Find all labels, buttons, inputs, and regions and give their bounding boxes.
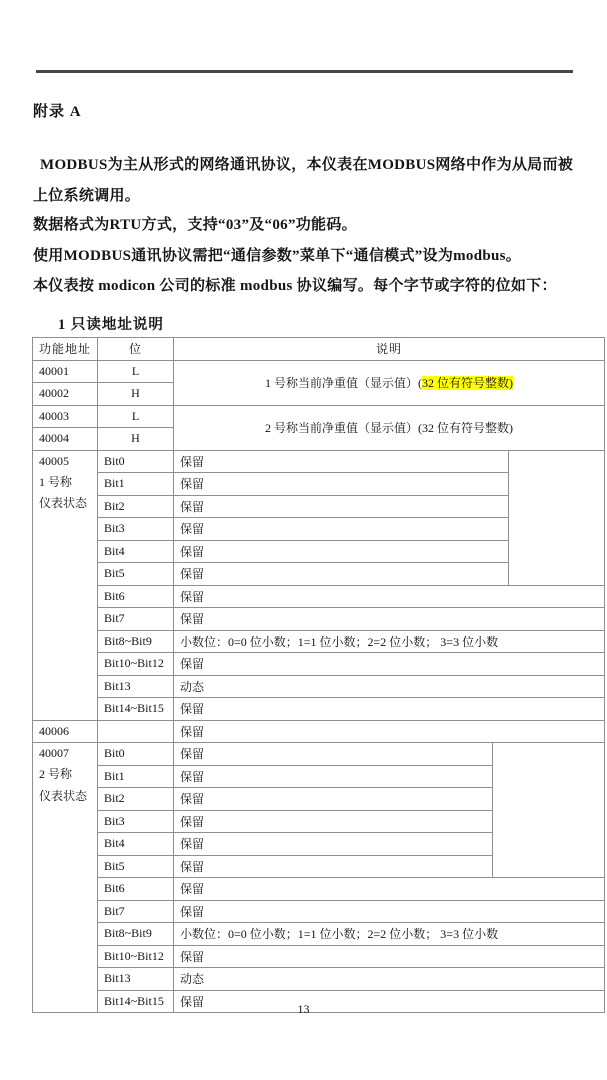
section1-addr-line: 仪表状态 (39, 493, 91, 514)
bit-cell: L (98, 360, 174, 383)
bit-cell: Bit1 (98, 473, 174, 496)
table-row: Bit13 动态 (33, 968, 605, 991)
desc-cell-net1: 1 号称当前净重值（显示值）(32 位有符号整数) (174, 360, 605, 405)
section1-addr-line: 40005 (39, 451, 91, 472)
bit-cell: Bit2 (98, 495, 174, 518)
col-header-addr: 功能地址 (33, 338, 98, 361)
addr-cell: 40003 (33, 405, 98, 428)
table-row: Bit10~Bit12 保留 (33, 945, 605, 968)
highlighted-text: 32 位有符号整数) (422, 376, 513, 390)
bit-cell: Bit4 (98, 833, 174, 856)
table-row: Bit14~Bit15 保留 (33, 698, 605, 721)
desc-cell: 动态 (174, 968, 605, 991)
desc-cell: 保留 (174, 450, 509, 473)
table-row: 40001 L 1 号称当前净重值（显示值）(32 位有符号整数) (33, 360, 605, 383)
table-row: Bit10~Bit12 保留 (33, 653, 605, 676)
desc-cell: 保留 (174, 495, 509, 518)
appendix-title: 附录 A (33, 100, 82, 121)
desc-cell: 保留 (174, 540, 509, 563)
bit-cell: Bit1 (98, 765, 174, 788)
desc-cell: 保留 (174, 810, 493, 833)
modicon-paragraph: 本仪表按 modicon 公司的标准 modbus 协议编写。每个字节或字符的位… (33, 271, 581, 302)
desc-cell: 保留 (174, 788, 493, 811)
comm-mode-paragraph: 使用MODBUS通讯协议需把“通信参数”菜单下“通信模式”设为modbus。 (33, 241, 581, 272)
desc-text: 1 号称当前净重值（显示值）( (265, 376, 422, 390)
desc-cell: 保留 (174, 518, 509, 541)
empty-cell (98, 720, 174, 743)
col-header-desc: 说明 (174, 338, 605, 361)
intro-paragraph: MODBUS为主从形式的网络通讯协议，本仪表在MODBUS网络中作为从局而被上位… (33, 150, 581, 212)
bit-cell: L (98, 405, 174, 428)
bit-cell: Bit4 (98, 540, 174, 563)
table-row: 40007 2 号称 仪表状态 Bit0 保留 (33, 743, 605, 766)
bit-cell: Bit6 (98, 878, 174, 901)
table-row: Bit6 保留 (33, 878, 605, 901)
desc-cell: 保留 (174, 765, 493, 788)
table-row: Bit8~Bit9 小数位：0=0 位小数；1=1 位小数；2=2 位小数； 3… (33, 923, 605, 946)
bit-cell: Bit10~Bit12 (98, 945, 174, 968)
col-header-bit: 位 (98, 338, 174, 361)
bit-cell: H (98, 428, 174, 451)
desc-cell: 保留 (174, 855, 493, 878)
desc-cell: 保留 (174, 653, 605, 676)
header-row: 功能地址 位 说明 (33, 338, 605, 361)
table-row: Bit6 保留 (33, 585, 605, 608)
addr-cell: 40006 (33, 720, 98, 743)
desc-cell: 保留 (174, 608, 605, 631)
desc-cell: 保留 (174, 720, 605, 743)
header-rule (36, 70, 573, 73)
readonly-address-table: 功能地址 位 说明 40001 L 1 号称当前净重值（显示值）(32 位有符号… (32, 337, 605, 1013)
bit-cell: Bit6 (98, 585, 174, 608)
bit-cell: Bit10~Bit12 (98, 653, 174, 676)
table-row: Bit13 动态 (33, 675, 605, 698)
bit-cell: Bit0 (98, 450, 174, 473)
section1-addr-cell: 40005 1 号称 仪表状态 (33, 450, 98, 720)
desc-cell: 保留 (174, 833, 493, 856)
bit-cell: Bit2 (98, 788, 174, 811)
empty-cell (509, 450, 605, 585)
desc-cell: 保留 (174, 698, 605, 721)
desc-cell: 动态 (174, 675, 605, 698)
section2-addr-line: 40007 (39, 743, 91, 764)
section2-addr-line: 仪表状态 (39, 786, 91, 807)
table-row: 40003 L 2 号称当前净重值（显示值）(32 位有符号整数) (33, 405, 605, 428)
table-row: Bit8~Bit9 小数位：0=0 位小数；1=1 位小数；2=2 位小数； 3… (33, 630, 605, 653)
table-row: 40006 保留 (33, 720, 605, 743)
bit-cell: Bit8~Bit9 (98, 923, 174, 946)
desc-cell: 保留 (174, 945, 605, 968)
addr-cell: 40004 (33, 428, 98, 451)
bit-cell: Bit13 (98, 968, 174, 991)
desc-cell: 保留 (174, 878, 605, 901)
page-number: 13 (0, 1002, 607, 1017)
bit-cell: Bit5 (98, 855, 174, 878)
section1-addr-line: 1 号称 (39, 472, 91, 493)
bit-cell: Bit3 (98, 810, 174, 833)
table-row: Bit7 保留 (33, 900, 605, 923)
data-format-paragraph: 数据格式为RTU方式，支持“03”及“06”功能码。 (33, 210, 581, 241)
table-row: 40005 1 号称 仪表状态 Bit0 保留 (33, 450, 605, 473)
bit-cell: H (98, 383, 174, 406)
bit-cell: Bit8~Bit9 (98, 630, 174, 653)
desc-cell: 保留 (174, 585, 605, 608)
desc-cell: 保留 (174, 473, 509, 496)
table-title: 1 只读地址说明 (58, 313, 164, 334)
document-page: 附录 A MODBUS为主从形式的网络通讯协议，本仪表在MODBUS网络中作为从… (0, 0, 607, 1080)
desc-cell: 保留 (174, 743, 493, 766)
bit-cell: Bit14~Bit15 (98, 698, 174, 721)
desc-cell: 保留 (174, 900, 605, 923)
bit-cell: Bit0 (98, 743, 174, 766)
empty-cell (493, 743, 605, 878)
bit-cell: Bit7 (98, 608, 174, 631)
addr-cell: 40001 (33, 360, 98, 383)
desc-cell-net2: 2 号称当前净重值（显示值）(32 位有符号整数) (174, 405, 605, 450)
addr-cell: 40002 (33, 383, 98, 406)
bit-cell: Bit5 (98, 563, 174, 586)
desc-cell: 小数位：0=0 位小数；1=1 位小数；2=2 位小数； 3=3 位小数 (174, 630, 605, 653)
desc-cell: 保留 (174, 563, 509, 586)
section2-addr-cell: 40007 2 号称 仪表状态 (33, 743, 98, 1013)
table-row: Bit7 保留 (33, 608, 605, 631)
desc-cell: 小数位：0=0 位小数；1=1 位小数；2=2 位小数； 3=3 位小数 (174, 923, 605, 946)
bit-cell: Bit3 (98, 518, 174, 541)
bit-cell: Bit7 (98, 900, 174, 923)
bit-cell: Bit13 (98, 675, 174, 698)
section2-addr-line: 2 号称 (39, 764, 91, 785)
